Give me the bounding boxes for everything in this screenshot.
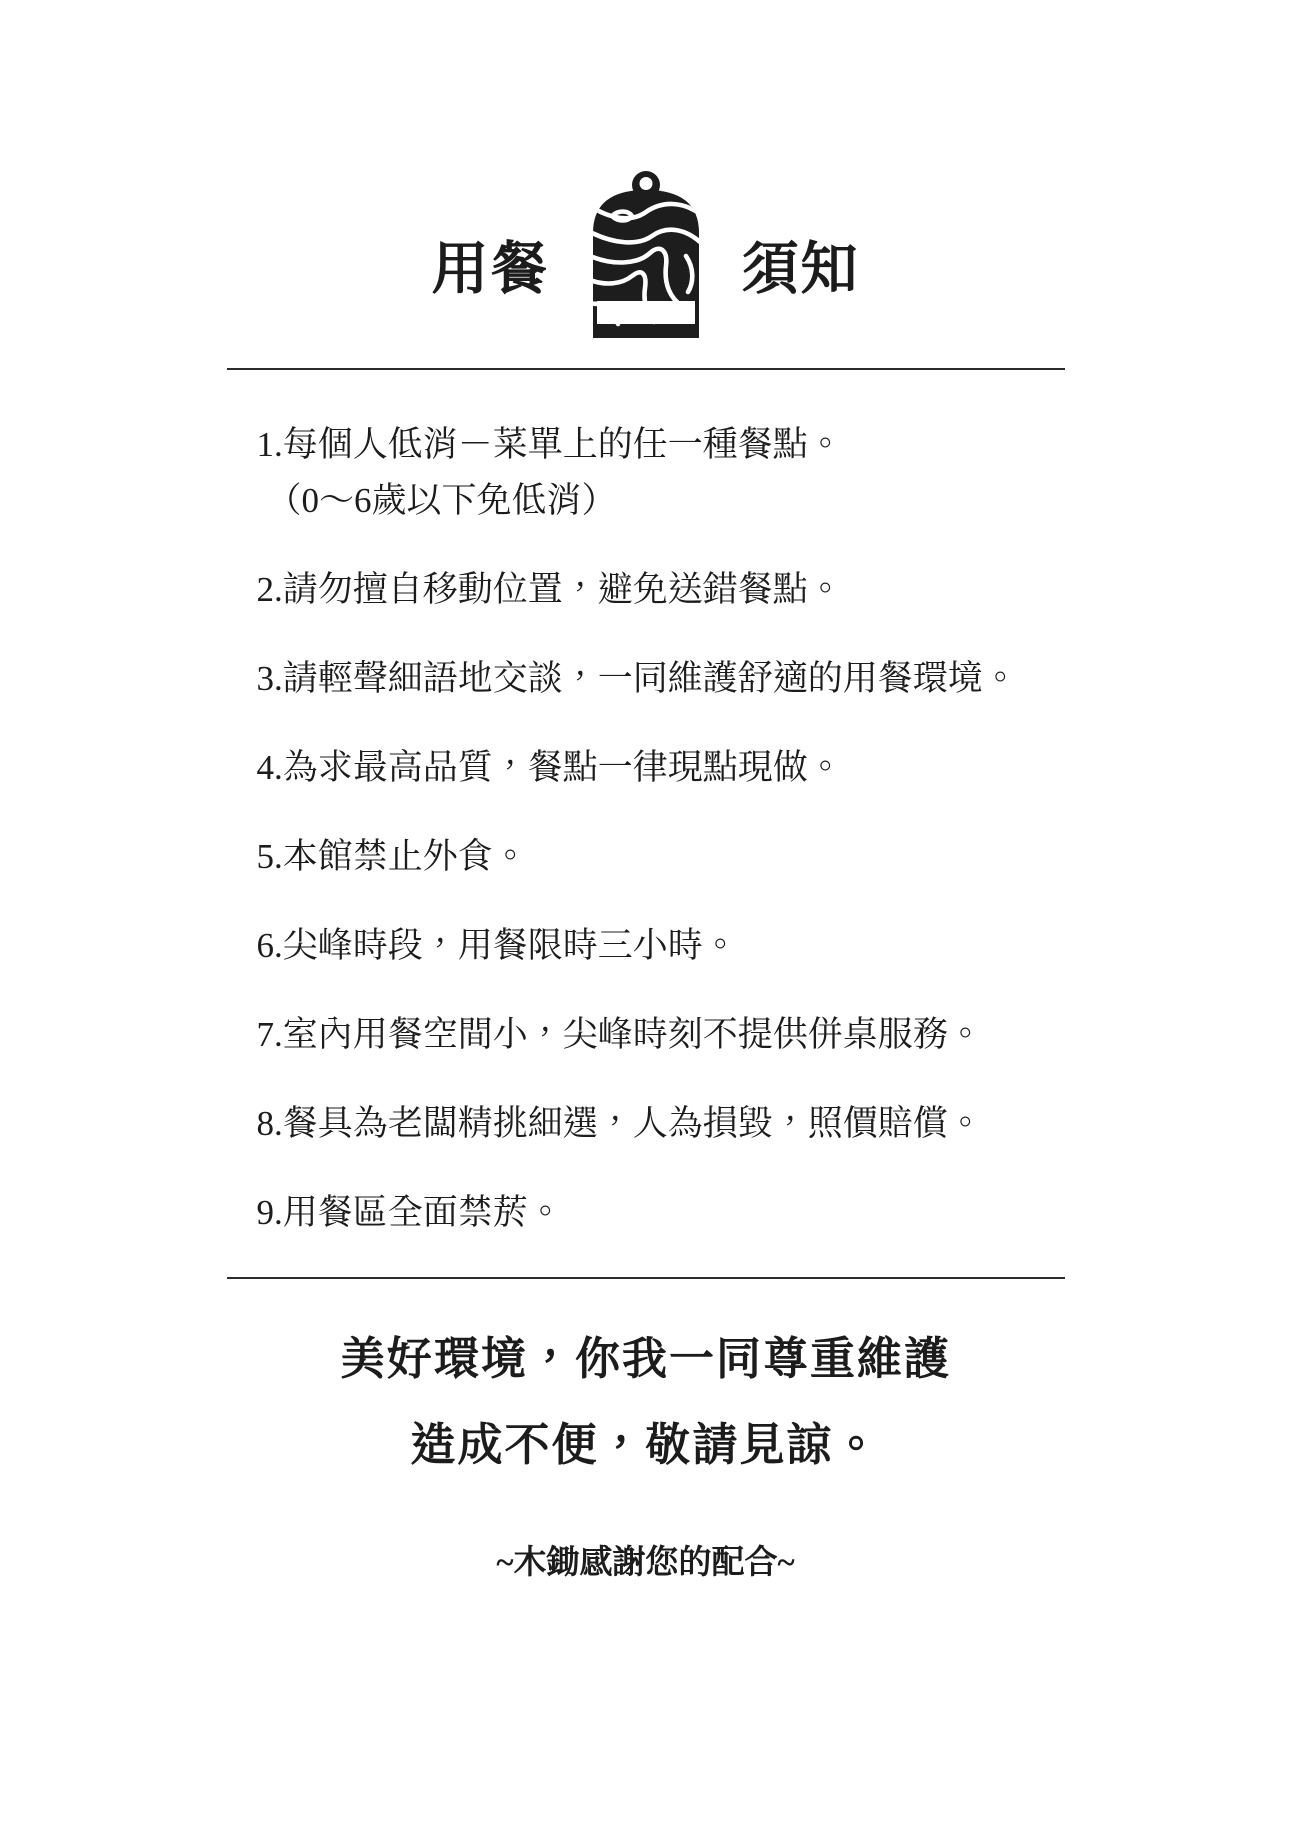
- rule-item: 9.用餐區全面禁菸。: [257, 1193, 1065, 1233]
- rule-item: 7.室內用餐空間小，尖峰時刻不提供併桌服務。: [257, 1015, 1065, 1055]
- rule-item: 2.請勿擅自移動位置，避免送錯餐點。: [257, 570, 1065, 610]
- rule-note: （0～6歲以下免低消）: [257, 481, 1065, 521]
- rule-text: 2.請勿擅自移動位置，避免送錯餐點。: [257, 570, 1065, 610]
- rule-text: 4.為求最高品質，餐點一律現點現做。: [257, 748, 1065, 788]
- rule-item: 8.餐具為老闆精挑細選，人為損毀，照價賠償。: [257, 1104, 1065, 1144]
- rule-item: 6.尖峰時段，用餐限時三小時。: [257, 926, 1065, 966]
- rule-text: 1.每個人低消－菜單上的任一種餐點。: [257, 425, 1065, 465]
- rule-text: 3.請輕聲細語地交談，一同維護舒適的用餐環境。: [257, 659, 1065, 699]
- cutting-board-logo-icon: [588, 170, 704, 338]
- rule-item: 1.每個人低消－菜單上的任一種餐點。 （0～6歲以下免低消）: [257, 425, 1065, 521]
- footer-message-line2: 造成不便，敬請見諒。: [227, 1419, 1065, 1471]
- rule-text: 9.用餐區全面禁菸。: [257, 1193, 1065, 1233]
- notice-content: 用餐: [227, 0, 1065, 1583]
- divider-top: [227, 368, 1065, 370]
- notice-header: 用餐: [227, 170, 1065, 338]
- rules-list: 1.每個人低消－菜單上的任一種餐點。 （0～6歲以下免低消） 2.請勿擅自移動位…: [227, 425, 1065, 1233]
- rule-text: 8.餐具為老闆精挑細選，人為損毀，照價賠償。: [257, 1104, 1065, 1144]
- footer-message-line1: 美好環境，你我一同尊重維護: [227, 1333, 1065, 1385]
- rule-text: 6.尖峰時段，用餐限時三小時。: [257, 926, 1065, 966]
- rule-text: 5.本館禁止外食。: [257, 837, 1065, 877]
- footer-signature: ~木鋤感謝您的配合~: [227, 1543, 1065, 1583]
- rule-item: 5.本館禁止外食。: [257, 837, 1065, 877]
- rule-item: 4.為求最高品質，餐點一律現點現做。: [257, 748, 1065, 788]
- dining-notice-page: 用餐: [0, 0, 1291, 1827]
- divider-bottom: [227, 1277, 1065, 1279]
- notice-footer: 美好環境，你我一同尊重維護 造成不便，敬請見諒。 ~木鋤感謝您的配合~: [227, 1333, 1065, 1583]
- rule-item: 3.請輕聲細語地交談，一同維護舒適的用餐環境。: [257, 659, 1065, 699]
- title-right: 須知: [742, 241, 860, 298]
- title-left: 用餐: [432, 241, 550, 298]
- rule-text: 7.室內用餐空間小，尖峰時刻不提供併桌服務。: [257, 1015, 1065, 1055]
